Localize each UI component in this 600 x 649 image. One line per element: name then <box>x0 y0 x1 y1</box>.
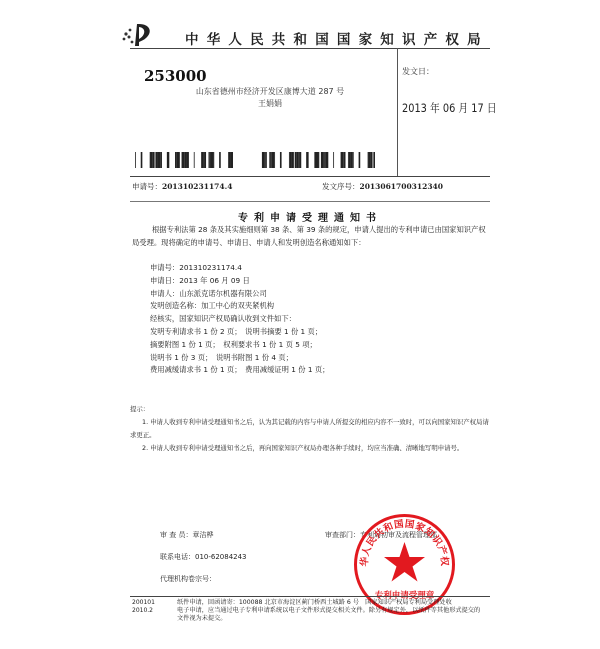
issue-date: 2013 年 06 月 17 日 <box>402 100 497 116</box>
issue-date-label: 发文日： <box>402 66 434 77</box>
tip-item: 2. 申请人收到专利申请受理通知书之后，再向国家知识产权局办理各种手续时，均应当… <box>130 442 490 455</box>
barcode-icon <box>135 152 233 168</box>
divider <box>130 176 490 177</box>
serial-number-line: 发文序号：2013061700312340 <box>322 181 443 192</box>
serial-number-label: 发文序号： <box>322 182 360 191</box>
detail-application-date: 申请日：2013 年 06 月 09 日 <box>150 275 329 288</box>
application-number-label: 申请号： <box>132 182 162 191</box>
detail-application-number: 申请号：201310231174.4 <box>150 262 329 275</box>
office-name: 中华人民共和国国家知识产权局 <box>185 28 489 48</box>
document-line: 费用减缓请求书 1 份 1 页； 费用减缓证明 1 份 1 页； <box>150 364 329 377</box>
examiner-name: 章洁桦 <box>192 531 213 539</box>
detail-invention-title: 发明创造名称：加工中心的双夹紧机构 <box>150 300 329 313</box>
divider <box>397 48 398 176</box>
notice-intro: 根据专利法第 28 条及其实施细则第 38 条、第 39 条的规定，申请人提出的… <box>132 223 488 249</box>
tip-item: 1. 申请人收到专利申请受理通知书之后，认为其记载的内容与申请人所提交的相应内容… <box>130 416 490 442</box>
received-intro: 经核实，国家知识产权局确认收到文件如下： <box>150 313 329 326</box>
tips-label: 提示： <box>130 403 490 416</box>
phone-line: 联系电话：010-62084243 <box>160 552 247 562</box>
divider <box>130 596 490 597</box>
examiner-line: 审 查 员：章洁桦 <box>160 530 213 540</box>
agency-ref-line: 代理机构卷宗号： <box>160 574 216 584</box>
sipo-logo-icon <box>120 18 156 48</box>
application-number-line: 申请号：201310231174.4 <box>132 181 232 192</box>
document-line: 摘要附图 1 份 1 页； 权利要求书 1 份 1 页 5 项； <box>150 339 329 352</box>
divider <box>130 201 490 202</box>
phone-number: 010-62084243 <box>195 553 247 561</box>
serial-number: 2013061700312340 <box>360 182 444 191</box>
document-line: 说明书 1 份 3 页； 说明书附图 1 份 4 页； <box>150 352 329 365</box>
tips-section: 提示： 1. 申请人收到专利申请受理通知书之后，认为其记载的内容与申请人所提交的… <box>130 403 490 455</box>
barcode-icon <box>257 152 375 168</box>
form-version: 2010.2 <box>132 607 153 614</box>
application-number: 201310231174.4 <box>162 182 232 191</box>
form-code: 200101 <box>132 599 155 606</box>
recipient-name: 王娟娟 <box>150 98 390 109</box>
notice-title: 专利申请受理通知书 <box>130 209 490 224</box>
divider <box>130 48 490 49</box>
footer-instructions: 纸件申请，回函请寄：100088 北京市海淀区蓟门桥西土城路 6 号 国家知识产… <box>177 599 495 623</box>
recipient-postcode: 253000 <box>144 67 207 85</box>
detail-applicant: 申请人：山东派克诺尔机器有限公司 <box>150 288 329 301</box>
recipient-address: 山东省德州市经济开发区康博大道 287 号 <box>150 86 390 97</box>
notice-details: 申请号：201310231174.4 申请日：2013 年 06 月 09 日 … <box>150 262 329 377</box>
document-line: 发明专利请求书 1 份 2 页； 说明书摘要 1 份 1 页； <box>150 326 329 339</box>
